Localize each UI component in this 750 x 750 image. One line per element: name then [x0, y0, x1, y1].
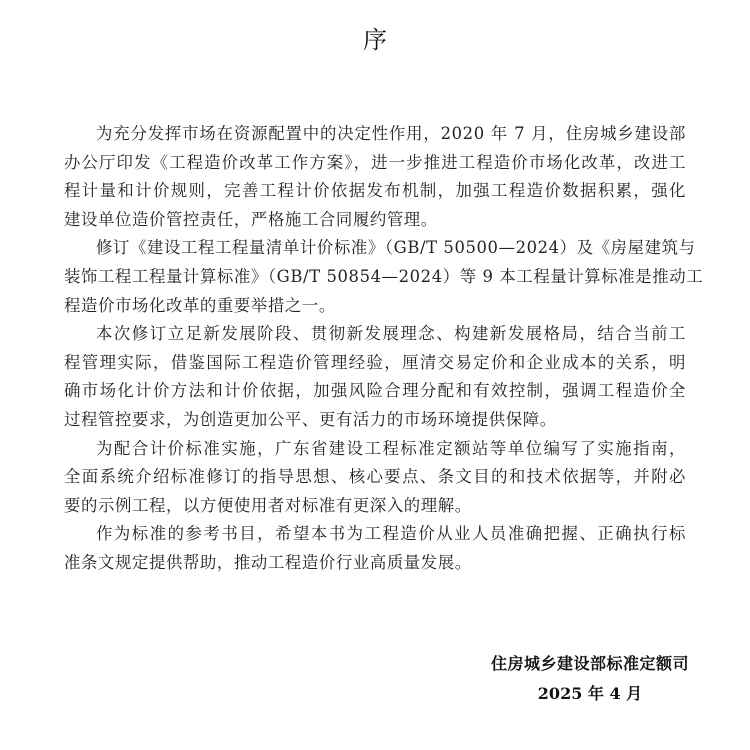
text-line: 确市场化计价方法和计价依据，加强风险合理分配和有效控制，强调工程造价全 [64, 377, 686, 406]
paragraph-2: 修订《建设工程工程量清单计价标准》（GB/T 50500—2024）及《房屋建筑… [64, 234, 686, 320]
text-line: 程造价市场化改革的重要举措之一。 [64, 292, 686, 321]
text-line: 要的示例工程，以方便使用者对标准有更深入的理解。 [64, 492, 686, 521]
text-line: 修订《建设工程工程量清单计价标准》（GB/T 50500—2024）及《房屋建筑… [64, 234, 686, 263]
text-line: 作为标准的参考书目，希望本书为工程造价从业人员准确把握、正确执行标 [64, 520, 686, 549]
signature-block: 住房城乡建设部标准定额司 2025 年 4 月 [450, 650, 730, 708]
paragraph-4: 为配合计价标准实施，广东省建设工程标准定额站等单位编写了实施指南， 全面系统介绍… [64, 435, 686, 521]
text-line: 装饰工程工程量计算标准》（GB/T 50854—2024）等 9 本工程量计算标… [64, 263, 686, 292]
preface-title: 序 [0, 22, 750, 58]
text-line: 程管理实际，借鉴国际工程造价管理经验，厘清交易定价和企业成本的关系，明 [64, 349, 686, 378]
preface-body: 为充分发挥市场在资源配置中的决定性作用，2020 年 7 月，住房城乡建设部 办… [64, 120, 686, 578]
text-line: 本次修订立足新发展阶段、贯彻新发展理念、构建新发展格局，结合当前工 [64, 320, 686, 349]
paragraph-3: 本次修订立足新发展阶段、贯彻新发展理念、构建新发展格局，结合当前工 程管理实际，… [64, 320, 686, 434]
paragraph-1: 为充分发挥市场在资源配置中的决定性作用，2020 年 7 月，住房城乡建设部 办… [64, 120, 686, 234]
text-line: 建设单位造价管控责任，严格施工合同履约管理。 [64, 206, 686, 235]
text-line: 程计量和计价规则，完善工程计价依据发布机制，加强工程造价数据积累，强化 [64, 177, 686, 206]
text-line: 办公厅印发《工程造价改革工作方案》，进一步推进工程造价市场化改革，改进工 [64, 149, 686, 178]
text-line: 为充分发挥市场在资源配置中的决定性作用，2020 年 7 月，住房城乡建设部 [64, 120, 686, 149]
text-line: 过程管控要求，为创造更加公平、更有活力的市场环境提供保障。 [64, 406, 686, 435]
text-line: 全面系统介绍标准修订的指导思想、核心要点、条文目的和技术依据等，并附必 [64, 463, 686, 492]
signature-organization: 住房城乡建设部标准定额司 [450, 650, 730, 678]
text-line: 准条文规定提供帮助，推动工程造价行业高质量发展。 [64, 549, 686, 578]
signature-date: 2025 年 4 月 [450, 680, 730, 708]
text-line: 为配合计价标准实施，广东省建设工程标准定额站等单位编写了实施指南， [64, 435, 686, 464]
paragraph-5: 作为标准的参考书目，希望本书为工程造价从业人员准确把握、正确执行标 准条文规定提… [64, 520, 686, 577]
